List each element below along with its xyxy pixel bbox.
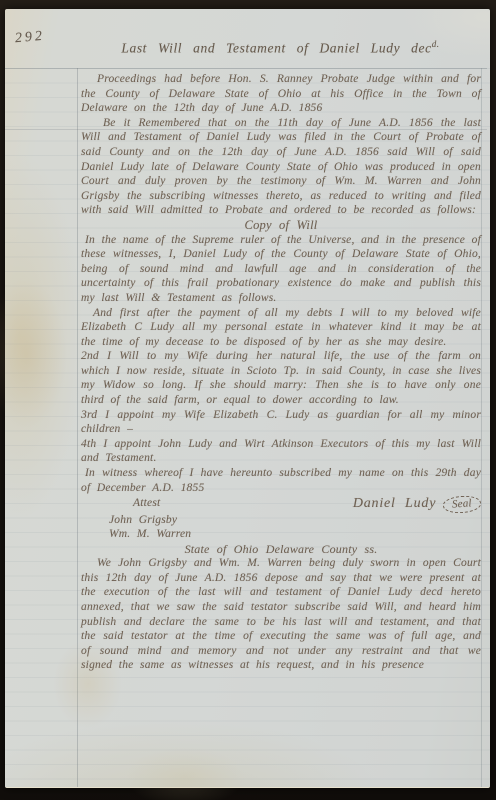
attestation-row: Attest Daniel Ludy Seal: [81, 496, 481, 513]
copy-of-will-heading: Copy of Will: [81, 218, 481, 233]
document-title-superscript: d.: [432, 39, 440, 49]
affidavit-heading: State of Ohio Delaware County ss.: [81, 542, 481, 557]
probate-entry-paragraph: Be it Remembered that on the 11th day of…: [81, 116, 481, 218]
paper-stain: [125, 747, 245, 800]
signature-block: Daniel Ludy Seal: [353, 496, 481, 513]
will-first-clause: And first after the payment of all my de…: [81, 306, 481, 350]
left-margin-line: [77, 68, 78, 787]
testator-signature: Daniel Ludy: [353, 497, 436, 512]
affidavit-paragraph: We John Grigsby and Wm. M. Warren being …: [81, 556, 481, 673]
paper-stain: [0, 279, 67, 429]
document-title: Last Will and Testament of Daniel Ludy d…: [93, 39, 468, 57]
seal-stamp: Seal: [443, 495, 482, 515]
ledger-photo: 292 Last Will and Testament of Daniel Lu…: [0, 0, 496, 800]
will-third-clause: 3rd I appoint my Wife Elizabeth C. Ludy …: [81, 408, 481, 437]
document-body: Proceedings had before Hon. S. Ranney Pr…: [81, 72, 481, 673]
document-title-text: Last Will and Testament of Daniel Ludy d…: [121, 41, 431, 56]
testimonium-paragraph: In witness whereof I have hereunto subsc…: [81, 466, 481, 495]
will-preamble-paragraph: In the name of the Supreme ruler of the …: [81, 233, 481, 306]
page-number: 292: [14, 29, 45, 48]
right-margin-line: [481, 68, 482, 787]
witness-signature-1: John Grigsby: [109, 513, 481, 527]
will-fourth-clause: 4th I appoint John Ludy and Wirt Atkinso…: [81, 437, 481, 466]
witness-signature-2: Wm. M. Warren: [109, 527, 481, 541]
attest-label: Attest: [133, 496, 160, 511]
will-second-clause: 2nd I Will to my Wife during her natural…: [81, 349, 481, 407]
ledger-page: 292 Last Will and Testament of Daniel Lu…: [5, 9, 490, 788]
proceedings-paragraph: Proceedings had before Hon. S. Ranney Pr…: [81, 72, 481, 116]
